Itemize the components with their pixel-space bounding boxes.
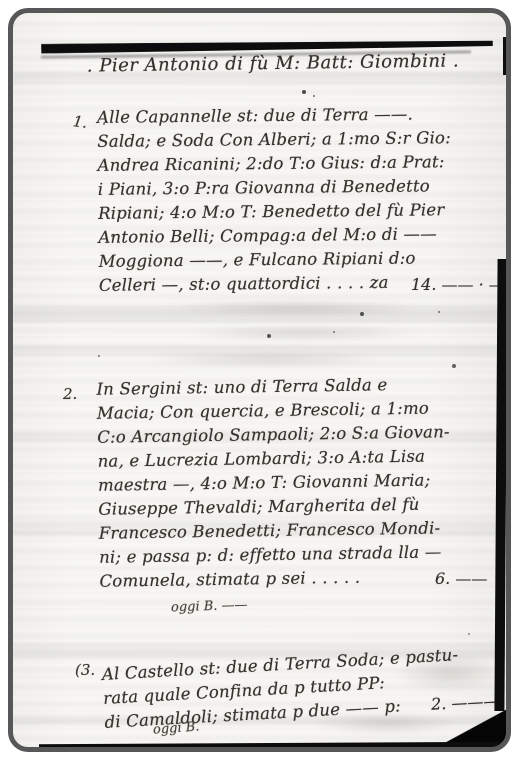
entry-2-amount: 6. ——: [435, 569, 487, 588]
entry-2: In Sergini st: uno di Terra Salda e Maci…: [96, 372, 452, 594]
entry-1-line: Ripiani; 4:o M:o T: Benedetto del fù Pie…: [98, 198, 452, 226]
entry-1-line: Alle Capannelle st: due di Terra ——.: [97, 102, 451, 130]
ink-speckles: [13, 13, 15, 15]
entry-2-line: Comunela, stimata p sei . . . . .: [99, 564, 452, 594]
entry-2-note: oggi B. ——: [171, 598, 248, 616]
bleedthrough-smudge: [183, 325, 423, 341]
entry-1: Alle Capannelle st: due di Terra ——. Sal…: [97, 102, 453, 298]
entry-3-note: oggi B.: [153, 719, 200, 737]
scan-corner-shadow: [421, 701, 506, 747]
entry-1-line: Celleri —, st:o quattordici . . . . za: [99, 270, 453, 298]
entry-1-amount: 14. —— · —: [411, 275, 505, 294]
entry-1-number: 1.: [72, 112, 89, 132]
bleedthrough-smudge: [163, 299, 423, 317]
entry-1-line: Salda; e Soda Con Alberi; a 1:mo S:r Gio…: [97, 126, 451, 154]
entry-3-number: (3.: [75, 661, 95, 679]
entry-1-line: Antonio Belli; Compag:a del M:o di ——: [98, 222, 452, 250]
scan-edge-right-strip: [494, 259, 506, 711]
entry-1-line: Andrea Ricanini; 2:do T:o Gius: d:a Prat…: [98, 150, 452, 178]
scan-edge-bottom: [39, 742, 506, 747]
scan-edge-right-tick: [503, 37, 506, 75]
entry-1-line: Moggiona ——, e Fulcano Ripiani d:o: [99, 246, 453, 274]
entry-2-number: 2.: [63, 385, 77, 403]
scanned-page: . Pier Antonio di fù M: Batt: Giombini .…: [13, 13, 506, 747]
bleedthrough-smudge: [143, 351, 393, 367]
entry-1-line: i Piani, 3:o P:ra Giovanna di Benedetto: [98, 174, 452, 202]
